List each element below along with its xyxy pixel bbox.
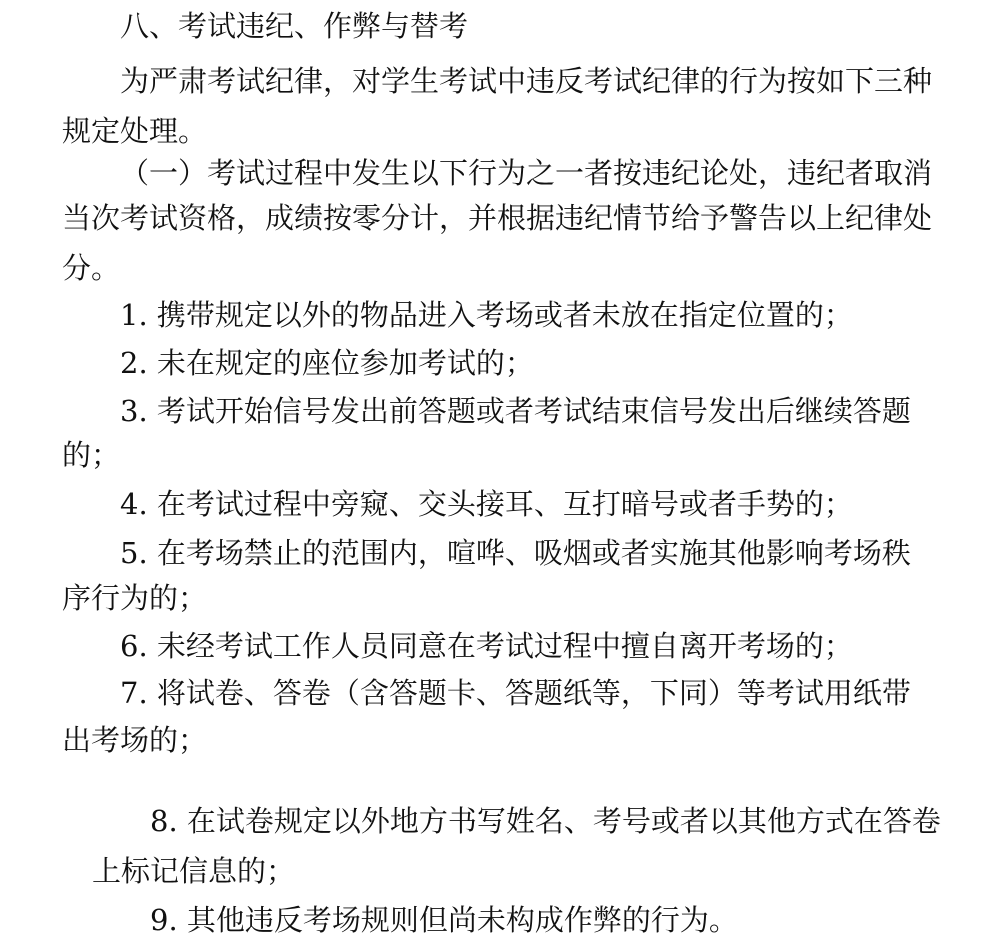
list-item-5-line-2: 序行为的； (62, 580, 207, 616)
list-item-8-line-2: 上标记信息的； (92, 853, 295, 889)
list-item-6: 6. 未经考试工作人员同意在考试过程中擅自离开考场的； (120, 628, 853, 664)
list-item-3-line-2: 的； (62, 437, 120, 473)
list-item-3-line-1: 3. 考试开始信号发出前答题或者考试结束信号发出后继续答题 (120, 393, 911, 429)
list-item-7-line-1: 7. 将试卷、答卷（含答题卡、答题纸等，下同）等考试用纸带 (120, 675, 911, 711)
list-item-5-line-1: 5. 在考场禁止的范围内，喧哗、吸烟或者实施其他影响考场秩 (120, 535, 911, 571)
list-item-2: 2. 未在规定的座位参加考试的； (120, 345, 534, 381)
list-item-4: 4. 在考试过程中旁窥、交头接耳、互打暗号或者手势的； (120, 486, 853, 522)
section-title: 八、考试违纪、作弊与替考 (120, 8, 468, 44)
subsection-1-line-3: 分。 (62, 250, 120, 286)
intro-paragraph-line-1: 为严肃考试纪律，对学生考试中违反考试纪律的行为按如下三种 (120, 63, 932, 99)
intro-paragraph-line-2: 规定处理。 (62, 113, 207, 149)
subsection-1-line-1: （一）考试过程中发生以下行为之一者按违纪论处，违纪者取消 (120, 155, 932, 191)
list-item-8-line-1: 8. 在试卷规定以外地方书写姓名、考号或者以其他方式在答卷 (150, 803, 941, 839)
list-item-1: 1. 携带规定以外的物品进入考场或者未放在指定位置的； (120, 297, 853, 333)
list-item-7-line-2: 出考场的； (62, 722, 207, 758)
list-item-9: 9. 其他违反考场规则但尚未构成作弊的行为。 (150, 902, 738, 938)
subsection-1-line-2: 当次考试资格，成绩按零分计，并根据违纪情节给予警告以上纪律处 (62, 200, 932, 236)
